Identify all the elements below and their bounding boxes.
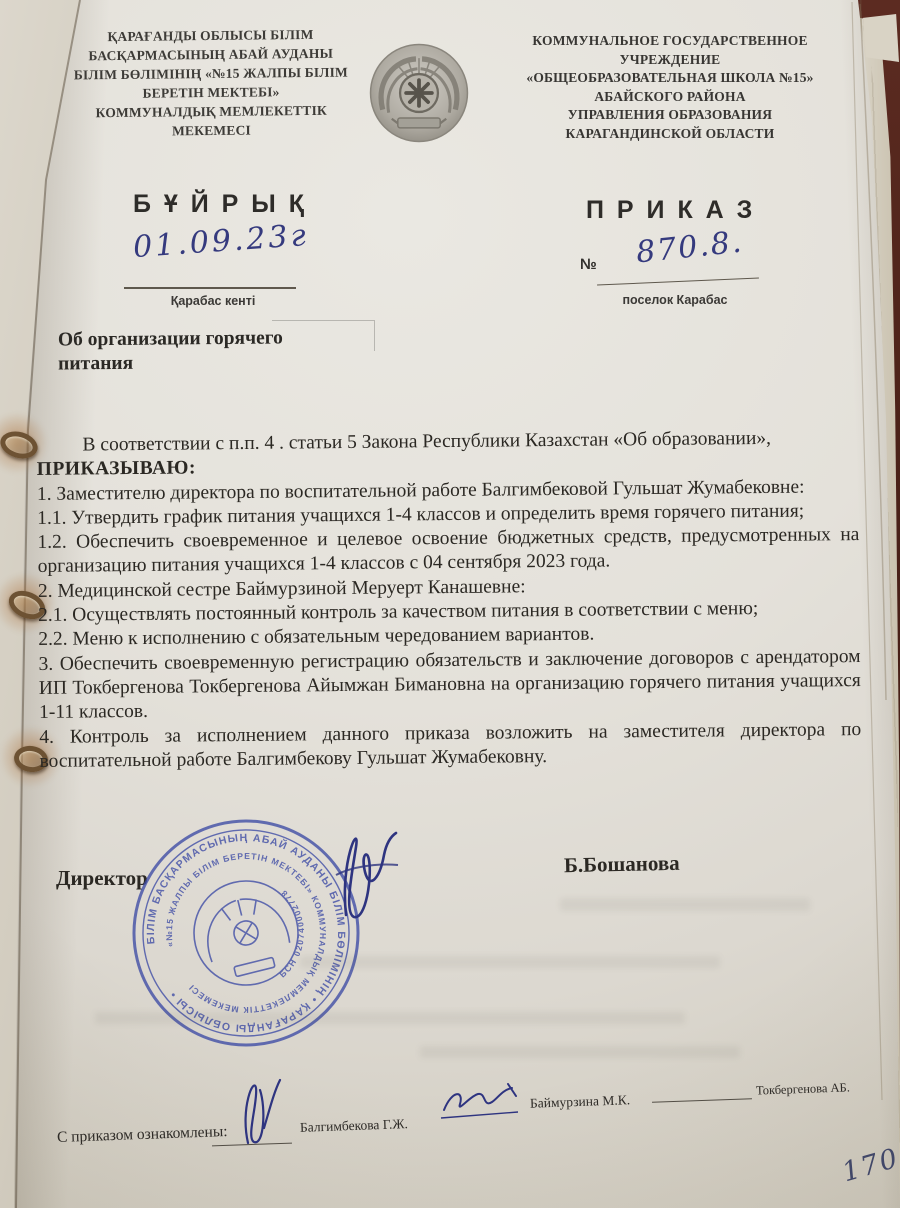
stamp-center-emblem <box>198 890 295 981</box>
org-name-kazakh: ҚАРАҒАНДЫ ОБЛЫСЫ БІЛІМ БАСҚАРМАСЫНЫҢ АБА… <box>51 24 370 141</box>
order-title-russian: П Р И К А З <box>586 196 755 225</box>
order-body: В соответствии с п.п. 4 . статьи 5 Закон… <box>36 426 861 774</box>
bleedthrough-smudge <box>420 1046 740 1058</box>
binder-clasp-icon <box>0 420 40 466</box>
director-signature <box>316 815 411 940</box>
bleedthrough-smudge <box>95 1012 685 1024</box>
date-underline <box>124 287 296 289</box>
signee-signature <box>438 1082 524 1128</box>
director-name: Б.Бошанова <box>564 851 680 878</box>
place-label-kazakh: Қарабас кенті <box>150 294 276 308</box>
number-sign: № <box>580 256 597 273</box>
signee-signature <box>230 1068 285 1150</box>
order-title-kazakh: Б Ұ Й Р Ы Қ <box>133 190 307 219</box>
org-name-russian: КОММУНАЛЬНОЕ ГОСУДАРСТВЕННОЕ УЧРЕЖДЕНИЕ … <box>474 32 866 143</box>
body-item: 4. Контроль за исполнением данного прика… <box>39 718 861 774</box>
body-item: 3. Обеспечить своевременную регистрацию … <box>38 645 861 726</box>
kazakhstan-emblem-icon <box>366 40 472 146</box>
subject-frame-artifact <box>272 320 375 351</box>
bleedthrough-smudge <box>300 956 720 968</box>
scanned-order-photo: ҚАРАҒАНДЫ ОБЛЫСЫ БІЛІМ БАСҚАРМАСЫНЫҢ АБА… <box>0 0 900 1208</box>
place-label-russian: поселок Карабас <box>600 293 750 307</box>
body-item: 1.2. Обеспечить своевременное и целевое … <box>37 523 859 579</box>
bleedthrough-smudge <box>560 898 810 911</box>
